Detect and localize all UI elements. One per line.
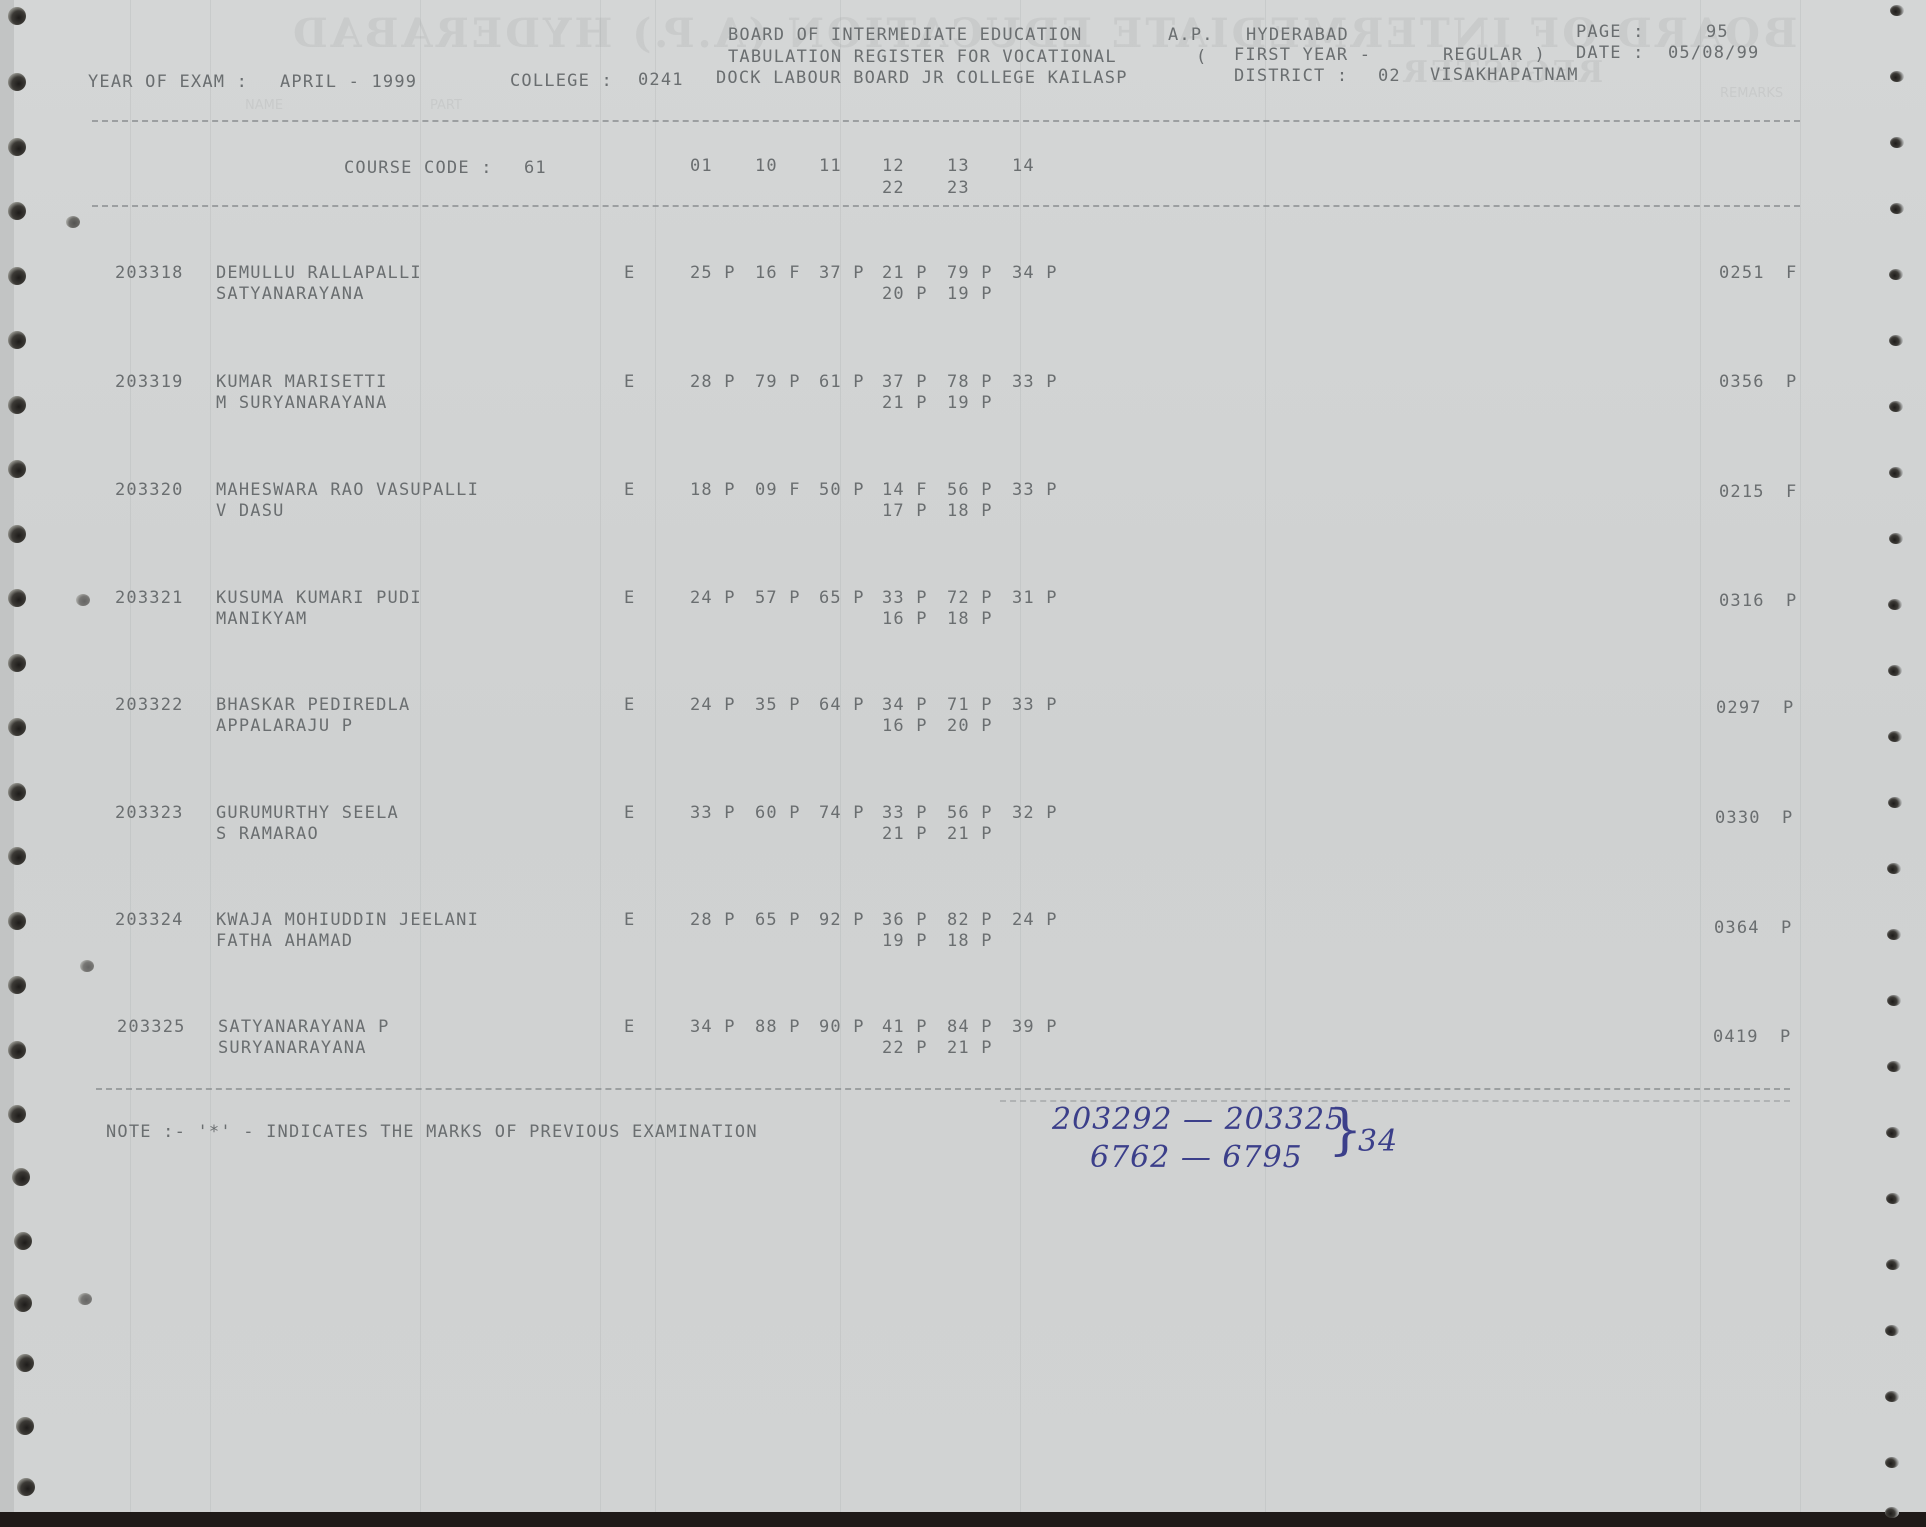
subject-mark: 24 P	[1012, 910, 1058, 930]
subject-mark: 14 F	[882, 480, 928, 500]
punch-hole-icon	[1886, 1127, 1900, 1138]
ghost-column-label: REMARKS	[1720, 86, 1783, 101]
column-rule	[130, 0, 131, 1512]
result-status: F	[1786, 263, 1797, 283]
student-name: GURUMURTHY SEELA	[216, 803, 399, 823]
subject-mark: 64 P	[819, 695, 865, 715]
subject-mark: 92 P	[819, 910, 865, 930]
punch-hole-icon	[1889, 467, 1903, 478]
subject-mark: 84 P	[947, 1017, 993, 1037]
result-status: P	[1786, 591, 1797, 611]
student-row: 203322 BHASKAR PEDIREDLA APPALARAJU P E …	[0, 695, 1926, 755]
college-name: DOCK LABOUR BOARD JR COLLEGE KAILASP	[716, 68, 1128, 88]
student-name-line2: V DASU	[216, 501, 285, 521]
subject-mark: 37 P	[819, 263, 865, 283]
subject-mark: 19 P	[947, 393, 993, 413]
column-rule	[420, 0, 421, 1512]
subject-mark: 24 P	[690, 588, 736, 608]
subject-mark: 34 P	[882, 695, 928, 715]
column-rule	[1700, 0, 1701, 1512]
result-status: P	[1781, 918, 1792, 938]
hall-ticket-number: 203323	[115, 803, 184, 823]
handwritten-serial-range: 6762 — 6795	[1090, 1140, 1303, 1175]
subject-mark: 33 P	[882, 588, 928, 608]
subject-mark: 35 P	[755, 695, 801, 715]
total-marks: 0330	[1715, 808, 1761, 828]
hall-ticket-number: 203320	[115, 480, 184, 500]
hall-ticket-number: 203321	[115, 588, 184, 608]
ghost-column-label: PART	[430, 98, 462, 113]
student-row: 203318 DEMULLU RALLAPALLI SATYANARAYANA …	[0, 263, 1926, 323]
subject-mark: 21 P	[882, 263, 928, 283]
college-label: COLLEGE :	[510, 71, 613, 91]
punch-hole-icon	[17, 1478, 35, 1496]
subject-mark: 21 P	[882, 824, 928, 844]
total-marks: 0316	[1719, 591, 1765, 611]
subject-mark: 20 P	[882, 284, 928, 304]
subject-code: 11	[819, 156, 842, 176]
total-marks: 0356	[1719, 372, 1765, 392]
punch-hole-icon	[1886, 1259, 1900, 1270]
subject-mark: 21 P	[947, 824, 993, 844]
student-row: 203323 GURUMURTHY SEELA S RAMARAO E 33 P…	[0, 803, 1926, 863]
subject-mark: 21 P	[882, 393, 928, 413]
punch-hole-icon	[1890, 5, 1904, 16]
subject-mark: 39 P	[1012, 1017, 1058, 1037]
subject-mark: 17 P	[882, 501, 928, 521]
punch-hole-icon	[8, 1105, 26, 1123]
medium: E	[624, 803, 635, 823]
medium: E	[624, 695, 635, 715]
subject-code: 14	[1012, 156, 1035, 176]
student-name-line2: SURYANARAYANA	[218, 1038, 367, 1058]
subject-mark: 18 P	[690, 480, 736, 500]
column-rule	[1020, 0, 1021, 1512]
subject-mark: 61 P	[819, 372, 865, 392]
hall-ticket-number: 203324	[115, 910, 184, 930]
punch-hole-icon	[8, 783, 26, 801]
column-rule	[1800, 0, 1801, 1512]
subject-mark: 22 P	[882, 1038, 928, 1058]
subject-mark: 18 P	[947, 931, 993, 951]
subject-mark: 72 P	[947, 588, 993, 608]
subject-mark: 71 P	[947, 695, 993, 715]
student-row: 203321 KUSUMA KUMARI PUDI MANIKYAM E 24 …	[0, 588, 1926, 648]
punch-hole-icon	[1885, 1391, 1899, 1402]
medium: E	[624, 263, 635, 283]
result-status: F	[1786, 482, 1797, 502]
exam-year-label: YEAR OF EXAM :	[88, 72, 248, 92]
punch-hole-icon	[14, 1232, 32, 1250]
header-divider	[92, 120, 1800, 122]
total-marks: 0215	[1719, 482, 1765, 502]
district-code: 02	[1378, 66, 1401, 86]
subject-mark: 19 P	[947, 284, 993, 304]
subject-mark: 41 P	[882, 1017, 928, 1037]
footer-note: NOTE :- '*' - INDICATES THE MARKS OF PRE…	[106, 1122, 758, 1142]
punch-hole-icon	[8, 654, 26, 672]
subject-mark: 82 P	[947, 910, 993, 930]
punch-hole-icon	[8, 976, 26, 994]
punch-hole-icon	[1886, 1193, 1900, 1204]
footer-divider	[96, 1088, 1790, 1090]
student-name-line2: S RAMARAO	[216, 824, 319, 844]
subject-mark: 33 P	[1012, 695, 1058, 715]
punch-hole-icon	[1887, 863, 1901, 874]
punch-hole-icon	[12, 1168, 30, 1186]
register-title: TABULATION REGISTER FOR VOCATIONAL	[728, 47, 1117, 67]
ghost-column-label: NAME	[245, 98, 283, 113]
register-sheet: BOARD OF INTERMEDIATE EDUCATION (A.P.) H…	[0, 0, 1926, 1512]
subject-mark: 34 P	[690, 1017, 736, 1037]
subject-mark: 56 P	[947, 480, 993, 500]
handwritten-count: 34	[1358, 1124, 1398, 1159]
subject-code: 01	[690, 156, 713, 176]
subject-mark: 21 P	[947, 1038, 993, 1058]
hall-ticket-number: 203325	[117, 1017, 186, 1037]
medium: E	[624, 372, 635, 392]
student-row: 203319 KUMAR MARISETTI M SURYANARAYANA E…	[0, 372, 1926, 432]
subject-mark: 37 P	[882, 372, 928, 392]
student-row: 203325 SATYANARAYANA P SURYANARAYANA E 3…	[0, 1017, 1926, 1077]
subject-mark: 90 P	[819, 1017, 865, 1037]
punch-hole-icon	[16, 1354, 34, 1372]
subject-mark: 57 P	[755, 588, 801, 608]
board-name: BOARD OF INTERMEDIATE EDUCATION	[728, 25, 1082, 45]
subject-mark: 31 P	[1012, 588, 1058, 608]
student-name: MAHESWARA RAO VASUPALLI	[216, 480, 479, 500]
student-name-line2: APPALARAJU P	[216, 716, 353, 736]
hall-ticket-number: 203318	[115, 263, 184, 283]
result-status: P	[1786, 372, 1797, 392]
subject-mark: 60 P	[755, 803, 801, 823]
subject-code: 13	[947, 156, 970, 176]
column-rule	[840, 0, 841, 1512]
subject-mark: 88 P	[755, 1017, 801, 1037]
district-name: VISAKHAPATNAM	[1430, 65, 1579, 85]
subject-mark: 56 P	[947, 803, 993, 823]
student-name: KUMAR MARISETTI	[216, 372, 388, 392]
date-label: DATE :	[1576, 43, 1645, 63]
student-name: DEMULLU RALLAPALLI	[216, 263, 422, 283]
paper-left-edge	[0, 0, 14, 1527]
course-code-label: COURSE CODE :	[344, 158, 493, 178]
punch-hole-icon	[8, 138, 26, 156]
subject-mark: 33 P	[690, 803, 736, 823]
stray-mark	[78, 1293, 92, 1305]
punch-hole-icon	[1885, 1325, 1899, 1336]
subject-mark: 50 P	[819, 480, 865, 500]
punch-hole-icon	[8, 331, 26, 349]
student-name-line2: FATHA AHAMAD	[216, 931, 353, 951]
student-name-line2: M SURYANARAYANA	[216, 393, 388, 413]
subject-mark: 20 P	[947, 716, 993, 736]
punch-hole-icon	[1890, 71, 1904, 82]
student-row: 203324 KWAJA MOHIUDDIN JEELANI FATHA AHA…	[0, 910, 1926, 970]
page-label: PAGE :	[1576, 22, 1645, 42]
student-name-line2: SATYANARAYANA	[216, 284, 365, 304]
punch-hole-icon	[1885, 1457, 1899, 1468]
district-label: DISTRICT :	[1234, 66, 1348, 86]
subject-mark: 34 P	[1012, 263, 1058, 283]
subject-mark: 33 P	[882, 803, 928, 823]
paren-open: (	[1196, 47, 1207, 67]
hall-ticket-number: 203319	[115, 372, 184, 392]
total-marks: 0419	[1713, 1027, 1759, 1047]
punch-hole-icon	[14, 1294, 32, 1312]
student-name: KUSUMA KUMARI PUDI	[216, 588, 422, 608]
city-name: HYDERABAD	[1246, 25, 1349, 45]
punch-hole-icon	[1890, 203, 1904, 214]
page-number: 95	[1706, 22, 1729, 42]
exam-year-value: APRIL - 1999	[280, 72, 417, 92]
subject-mark: 19 P	[882, 931, 928, 951]
subject-mark: 18 P	[947, 609, 993, 629]
subject-code: 22	[882, 178, 905, 198]
subject-mark: 28 P	[690, 372, 736, 392]
medium: E	[624, 1017, 635, 1037]
column-rule	[1265, 0, 1266, 1512]
subject-mark: 65 P	[819, 588, 865, 608]
stray-mark	[66, 216, 80, 228]
subject-code: 10	[755, 156, 778, 176]
subject-mark: 09 F	[755, 480, 801, 500]
table-surface	[0, 1512, 1926, 1527]
medium: E	[624, 480, 635, 500]
subject-mark: 24 P	[690, 695, 736, 715]
subject-code: 23	[947, 178, 970, 198]
column-rule	[210, 0, 211, 1512]
subject-mark: 36 P	[882, 910, 928, 930]
punch-hole-icon	[8, 202, 26, 220]
student-name: SATYANARAYANA P	[218, 1017, 390, 1037]
subject-code: 12	[882, 156, 905, 176]
column-rule	[655, 0, 656, 1512]
subject-mark: 78 P	[947, 372, 993, 392]
column-rule	[600, 0, 601, 1512]
result-status: P	[1780, 1027, 1791, 1047]
exam-type: REGULAR )	[1443, 45, 1546, 65]
subject-mark: 32 P	[1012, 803, 1058, 823]
subject-mark: 33 P	[1012, 372, 1058, 392]
hall-ticket-number: 203322	[115, 695, 184, 715]
student-name-line2: MANIKYAM	[216, 609, 307, 629]
subject-mark: 25 P	[690, 263, 736, 283]
state-code: A.P.	[1168, 25, 1214, 45]
student-name: KWAJA MOHIUDDIN JEELANI	[216, 910, 479, 930]
course-code-value: 61	[524, 158, 547, 178]
subject-mark: 74 P	[819, 803, 865, 823]
subject-mark: 33 P	[1012, 480, 1058, 500]
date-value: 05/08/99	[1668, 43, 1759, 63]
punch-hole-icon	[8, 7, 26, 25]
medium: E	[624, 910, 635, 930]
subject-mark: 79 P	[755, 372, 801, 392]
subject-mark: 65 P	[755, 910, 801, 930]
punch-hole-icon	[1889, 335, 1903, 346]
student-row: 203320 MAHESWARA RAO VASUPALLI V DASU E …	[0, 480, 1926, 540]
result-status: P	[1782, 808, 1793, 828]
total-marks: 0251	[1719, 263, 1765, 283]
punch-hole-icon	[1890, 137, 1904, 148]
subject-mark: 79 P	[947, 263, 993, 283]
total-marks: 0364	[1714, 918, 1760, 938]
subject-mark: 18 P	[947, 501, 993, 521]
subject-mark: 16 F	[755, 263, 801, 283]
college-code: 0241	[638, 70, 684, 90]
punch-hole-icon	[16, 1417, 34, 1435]
punch-hole-icon	[1888, 665, 1902, 676]
total-marks: 0297	[1716, 698, 1762, 718]
subject-header-divider	[92, 205, 1800, 207]
subject-mark: 16 P	[882, 609, 928, 629]
punch-hole-icon	[8, 460, 26, 478]
student-name: BHASKAR PEDIREDLA	[216, 695, 410, 715]
handwritten-hall-ticket-range: 203292 — 203325	[1052, 1102, 1345, 1137]
punch-hole-icon	[1885, 1507, 1899, 1518]
punch-hole-icon	[1887, 995, 1901, 1006]
result-status: P	[1783, 698, 1794, 718]
punch-hole-icon	[8, 73, 26, 91]
year-label: FIRST YEAR -	[1234, 45, 1371, 65]
subject-mark: 28 P	[690, 910, 736, 930]
subject-mark: 16 P	[882, 716, 928, 736]
medium: E	[624, 588, 635, 608]
